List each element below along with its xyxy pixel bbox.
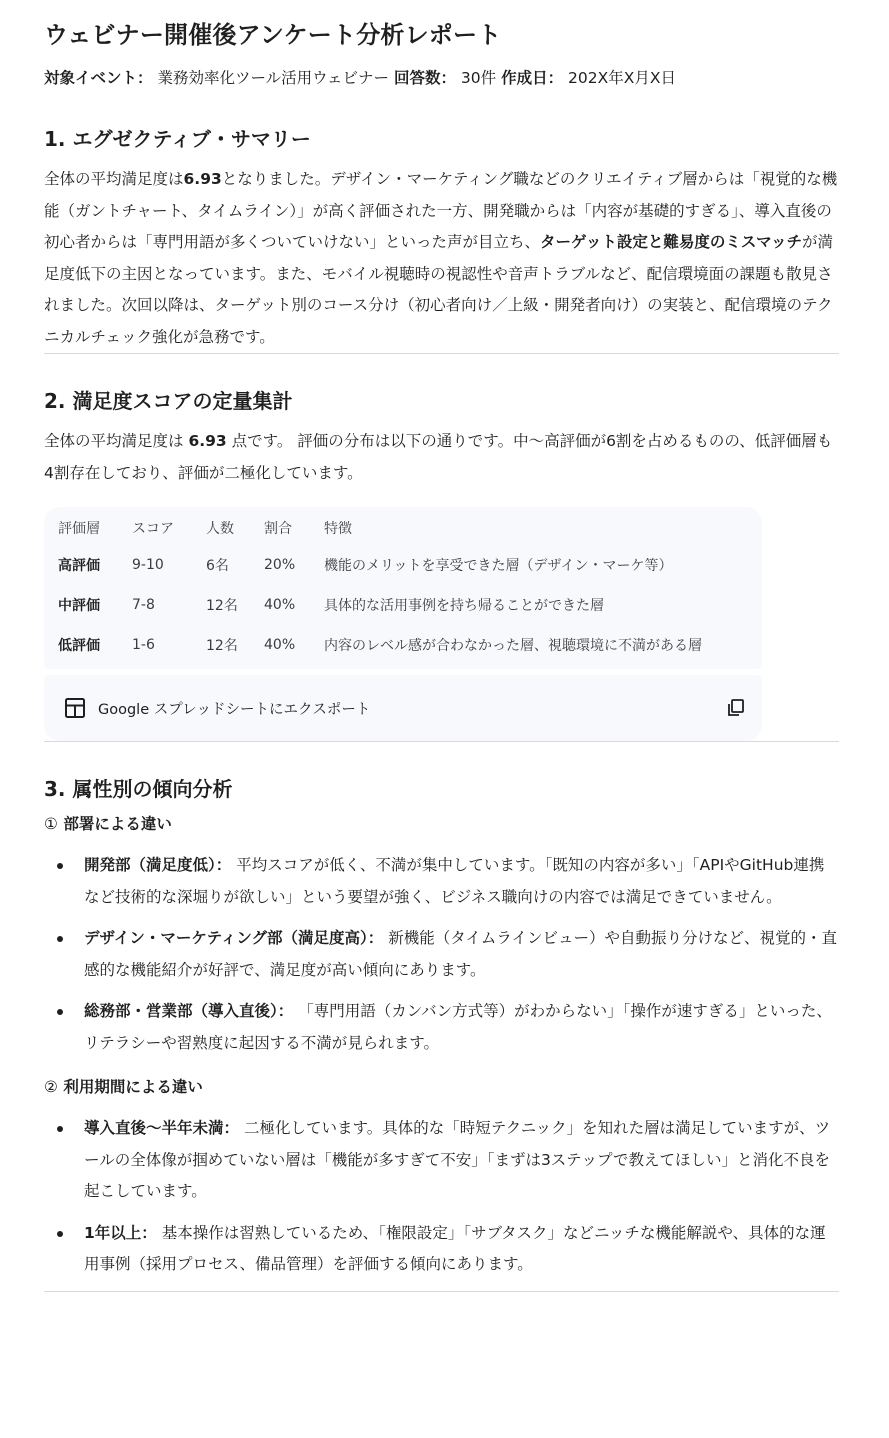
- subhead-department: ① 部署による違い: [44, 812, 839, 836]
- item-label: 導入直後〜半年未満：: [84, 1119, 239, 1137]
- responses-value: 30件: [461, 69, 496, 87]
- item-label: 1年以上：: [84, 1224, 157, 1242]
- export-bar: Google スプレッドシートにエクスポート: [44, 675, 762, 741]
- list-item: 1年以上： 基本操作は習熟しているため、「権限設定」「サブタスク」などニッチな機…: [44, 1218, 839, 1281]
- header-score: スコア: [118, 511, 192, 545]
- item-text: 基本操作は習熟しているため、「権限設定」「サブタスク」などニッチな機能解説や、具…: [84, 1224, 826, 1274]
- cell-tier: 中評価: [44, 585, 118, 625]
- department-points-list: 開発部（満足度低）： 平均スコアが低く、不満が集中しています。「既知の内容が多い…: [44, 850, 839, 1059]
- section-divider: [44, 741, 839, 742]
- report-page: ウェビナー開催後アンケート分析レポート 対象イベント： 業務効率化ツール活用ウェ…: [0, 0, 889, 1292]
- section-attribute-analysis-title: 3. 属性別の傾向分析: [44, 774, 839, 804]
- created-value: 202X年X月X日: [568, 69, 676, 87]
- section-score-title: 2. 満足度スコアの定量集計: [44, 386, 839, 416]
- executive-summary-text: 全体の平均満足度は6.93となりました。デザイン・マーケティング職などのクリエイ…: [44, 164, 839, 353]
- score-table-card: 評価層 スコア 人数 割合 特徴 高評価 9-10 6名 20% 機能のメリット…: [44, 507, 762, 669]
- usage-period-points-list: 導入直後〜半年未満： 二極化しています。具体的な「時短テクニック」を知れた層は満…: [44, 1113, 839, 1281]
- section-divider: [44, 353, 839, 354]
- report-meta: 対象イベント： 業務効率化ツール活用ウェビナー 回答数： 30件 作成日： 20…: [44, 66, 839, 90]
- cell-tier: 高評価: [44, 545, 118, 585]
- summary-text-part: 全体の平均満足度は: [44, 170, 184, 188]
- table-grid-icon: [64, 697, 86, 719]
- cell-count: 6名: [192, 545, 250, 585]
- list-item: デザイン・マーケティング部（満足度高）： 新機能（タイムラインビュー）や自動振り…: [44, 923, 839, 986]
- export-to-sheets-button[interactable]: Google スプレッドシートにエクスポート: [64, 697, 370, 719]
- cell-score: 1-6: [118, 625, 192, 665]
- section-divider: [44, 1291, 839, 1292]
- table-row: 低評価 1-6 12名 40% 内容のレベル感が合わなかった層、視聴環境に不満が…: [44, 625, 702, 665]
- item-label: 開発部（満足度低）：: [84, 856, 231, 874]
- cell-count: 12名: [192, 585, 250, 625]
- table-header-row: 評価層 スコア 人数 割合 特徴: [44, 511, 702, 545]
- score-distribution-table: 評価層 スコア 人数 割合 特徴 高評価 9-10 6名 20% 機能のメリット…: [44, 511, 702, 665]
- cell-feature: 具体的な活用事例を持ち帰ることができた層: [310, 585, 702, 625]
- cell-ratio: 40%: [250, 585, 310, 625]
- summary-key-issue: ターゲット設定と難易度のミスマッチ: [540, 233, 802, 251]
- responses-label: 回答数：: [394, 69, 456, 87]
- report-title: ウェビナー開催後アンケート分析レポート: [44, 18, 839, 52]
- event-label: 対象イベント：: [44, 69, 153, 87]
- header-feature: 特徴: [310, 511, 702, 545]
- header-count: 人数: [192, 511, 250, 545]
- cell-score: 9-10: [118, 545, 192, 585]
- score-average: 6.93: [188, 432, 226, 450]
- created-label: 作成日：: [501, 69, 563, 87]
- cell-count: 12名: [192, 625, 250, 665]
- header-tier: 評価層: [44, 511, 118, 545]
- subhead-usage-period: ② 利用期間による違い: [44, 1075, 839, 1099]
- cell-tier: 低評価: [44, 625, 118, 665]
- list-item: 導入直後〜半年未満： 二極化しています。具体的な「時短テクニック」を知れた層は満…: [44, 1113, 839, 1208]
- table-row: 中評価 7-8 12名 40% 具体的な活用事例を持ち帰ることができた層: [44, 585, 702, 625]
- item-label: 総務部・営業部（導入直後）：: [84, 1002, 293, 1020]
- score-summary-text: 全体の平均満足度は 6.93 点です。 評価の分布は以下の通りです。中〜高評価が…: [44, 426, 839, 489]
- export-label: Google スプレッドシートにエクスポート: [98, 698, 370, 719]
- subhead-number: ①: [44, 815, 58, 833]
- subhead-number: ②: [44, 1078, 58, 1096]
- cell-ratio: 40%: [250, 625, 310, 665]
- copy-icon[interactable]: [726, 698, 746, 718]
- subhead-title: 部署による違い: [63, 815, 172, 833]
- section-executive-summary-title: 1. エグゼクティブ・サマリー: [44, 124, 839, 154]
- cell-feature: 機能のメリットを享受できた層（デザイン・マーケ等）: [310, 545, 702, 585]
- summary-average-score: 6.93: [184, 170, 222, 188]
- subhead-title: 利用期間による違い: [63, 1078, 203, 1096]
- list-item: 総務部・営業部（導入直後）： 「専門用語（カンバン方式等）がわからない」「操作が…: [44, 996, 839, 1059]
- score-table-block: 評価層 スコア 人数 割合 特徴 高評価 9-10 6名 20% 機能のメリット…: [44, 507, 762, 741]
- list-item: 開発部（満足度低）： 平均スコアが低く、不満が集中しています。「既知の内容が多い…: [44, 850, 839, 913]
- item-label: デザイン・マーケティング部（満足度高）：: [84, 929, 383, 947]
- header-ratio: 割合: [250, 511, 310, 545]
- table-row: 高評価 9-10 6名 20% 機能のメリットを享受できた層（デザイン・マーケ等…: [44, 545, 702, 585]
- cell-ratio: 20%: [250, 545, 310, 585]
- cell-score: 7-8: [118, 585, 192, 625]
- event-value: 業務効率化ツール活用ウェビナー: [157, 69, 389, 87]
- score-text-part: 全体の平均満足度は: [44, 432, 188, 450]
- cell-feature: 内容のレベル感が合わなかった層、視聴環境に不満がある層: [310, 625, 702, 665]
